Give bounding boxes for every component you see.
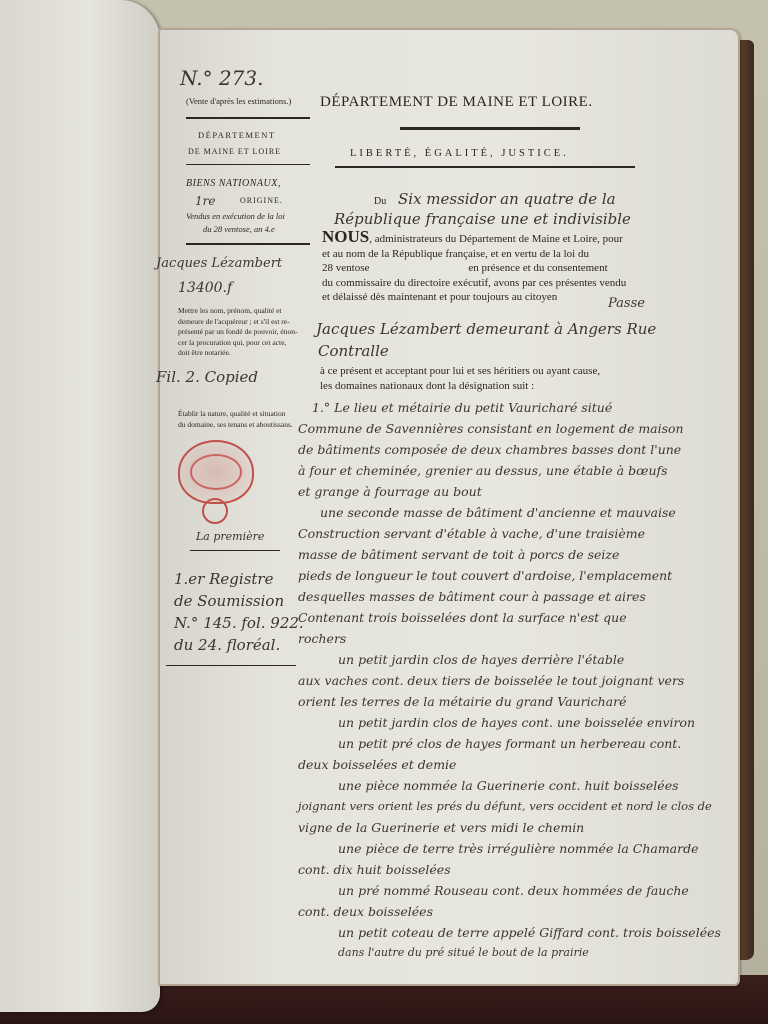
left-department-label-1: DÉPARTEMENT (198, 130, 276, 140)
law-line-1: Vendus en exécution de la loi (186, 211, 285, 221)
date-hand-2: République française une et indivisible (334, 210, 631, 228)
price-hand: 13400.f (178, 280, 232, 296)
origin-label: ORIGINE. (240, 196, 283, 205)
citizen-hand-1: Jacques Lézambert demeurant à Angers Rue (316, 320, 656, 338)
printed-clause: NOUS, administrateurs du Département de … (322, 230, 626, 305)
divider (190, 550, 280, 551)
left-department-label-2: DE MAINE ET LOIRE (188, 147, 281, 156)
law-line-2: du 28 ventose, an 4.e (203, 224, 275, 234)
seal-inner-oval (190, 454, 242, 490)
registry-note-hand: 1.er Registre de Soumission N.° 145. fol… (174, 568, 304, 656)
sale-type-label: (Vente d'après les estimations.) (186, 96, 291, 106)
date-prefix: Du (374, 196, 386, 207)
nous-word: NOUS (322, 227, 369, 246)
header-title: DÉPARTEMENT DE MAINE ET LOIRE. (320, 94, 593, 111)
origin-hand: 1re (195, 194, 215, 208)
biens-nationaux-title: BIENS NATIONAUX, (186, 178, 281, 189)
instruction-domain: Établir la nature, qualité et situation … (178, 408, 293, 430)
citizen-hand-2: Contralle (318, 342, 389, 360)
header-rule (335, 166, 635, 168)
red-seal-stamp (178, 440, 254, 504)
left-page (0, 0, 160, 1012)
divider (186, 243, 310, 245)
header-motto: LIBERTÉ, ÉGALITÉ, JUSTICE. (350, 148, 569, 159)
printed-clause-2: à ce présent et acceptant pour lui et se… (320, 364, 600, 394)
divider (186, 117, 310, 119)
date-hand-1: Six messidor an quatre de la (398, 190, 616, 208)
seal-tab (202, 498, 228, 524)
document-number: N.° 273. (180, 66, 263, 90)
citizen-hand-end: Passe (608, 296, 645, 311)
premiere-hand: La première (196, 530, 264, 543)
divider (166, 665, 296, 666)
buyer-name-hand: Jacques Lézambert (156, 256, 282, 271)
header-rule (400, 127, 580, 130)
instruction-buyer: Mettre les nom, prénom, qualité et demeu… (178, 306, 297, 359)
divider (186, 164, 310, 165)
copy-note-hand: Fil. 2. Copied (156, 368, 258, 386)
